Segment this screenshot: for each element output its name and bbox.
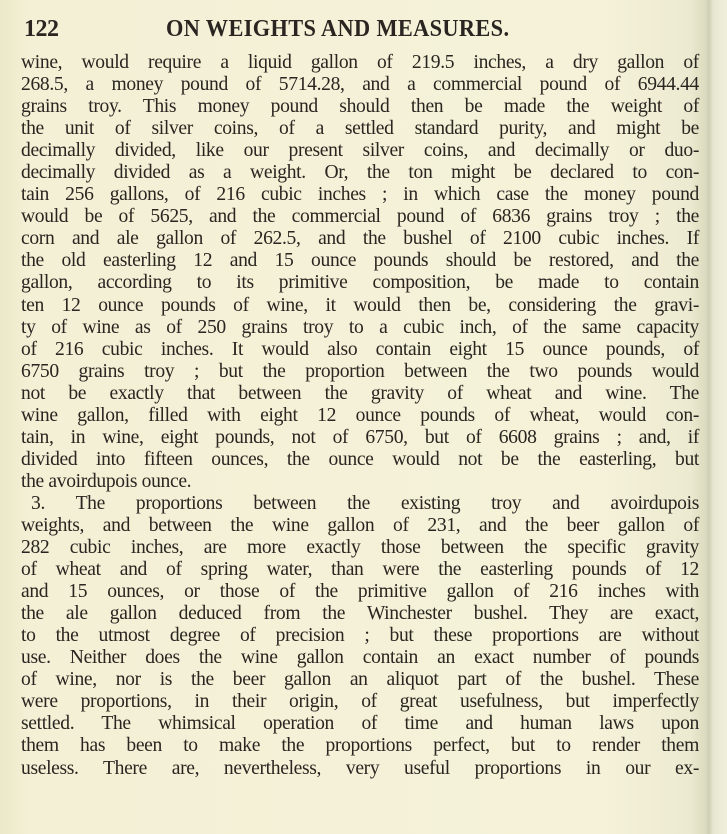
- text-line: of 216 cubic inches. It would also conta…: [21, 339, 699, 361]
- text-line: the unit of silver coins, of a settled s…: [21, 118, 699, 140]
- text-line: decimally divided, like our present silv…: [21, 140, 699, 162]
- page-number: 122: [24, 16, 59, 43]
- text-line: grains troy. This money pound should the…: [21, 96, 699, 118]
- text-line: of wheat and of spring water, than were …: [21, 559, 699, 581]
- text-line: were proportions, in their origin, of gr…: [21, 691, 699, 713]
- text-line: them has been to make the proportions pe…: [21, 735, 699, 757]
- text-line: tain 256 gallons, of 216 cubic inches ; …: [21, 184, 699, 206]
- text-line: tain, in wine, eight pounds, not of 6750…: [21, 427, 699, 449]
- text-line: settled. The whimsical operation of time…: [21, 713, 699, 735]
- body-text: wine, would require a liquid gallon of 2…: [21, 52, 699, 780]
- text-line: would be of 5625, and the commercial pou…: [21, 206, 699, 228]
- text-line: divided into fifteen ounces, the ounce w…: [21, 449, 699, 471]
- text-line: wine gallon, filled with eight 12 ounce …: [21, 405, 699, 427]
- text-line: gallon, according to its primitive compo…: [21, 272, 699, 294]
- scanned-book-page: 122 ON WEIGHTS AND MEASURES. wine, would…: [0, 0, 727, 834]
- text-line: useless. There are, nevertheless, very u…: [21, 758, 699, 780]
- text-line: weights, and between the wine gallon of …: [21, 515, 699, 537]
- text-line: the ale gallon deduced from the Winchest…: [21, 603, 699, 625]
- text-line: wine, would require a liquid gallon of 2…: [21, 52, 699, 74]
- text-line: not be exactly that between the gravity …: [21, 383, 699, 405]
- text-line: use. Neither does the wine gallon contai…: [21, 647, 699, 669]
- text-line: and 15 ounces, or those of the primitive…: [21, 581, 699, 603]
- text-line: decimally divided as a weight. Or, the t…: [21, 162, 699, 184]
- text-line: to the utmost degree of precision ; but …: [21, 625, 699, 647]
- text-line: 282 cubic inches, are more exactly those…: [21, 537, 699, 559]
- text-line: ten 12 ounce pounds of wine, it would th…: [21, 295, 699, 317]
- text-line: corn and ale gallon of 262.5, and the bu…: [21, 228, 699, 250]
- text-line: ty of wine as of 250 grains troy to a cu…: [21, 317, 699, 339]
- text-line: 268.5, a money pound of 5714.28, and a c…: [21, 74, 699, 96]
- page-header: 122 ON WEIGHTS AND MEASURES.: [24, 14, 704, 46]
- running-head: ON WEIGHTS AND MEASURES.: [166, 16, 509, 43]
- page-gutter-shadow: [705, 0, 713, 834]
- text-line: 6750 grains troy ; but the proportion be…: [21, 361, 699, 383]
- paragraph-start-line: 3. The proportions between the existing …: [21, 493, 699, 515]
- text-line: the avoirdupois ounce.: [21, 471, 699, 493]
- text-line: the old easterling 12 and 15 ounce pound…: [21, 250, 699, 272]
- text-line: of wine, nor is the beer gallon an aliqu…: [21, 669, 699, 691]
